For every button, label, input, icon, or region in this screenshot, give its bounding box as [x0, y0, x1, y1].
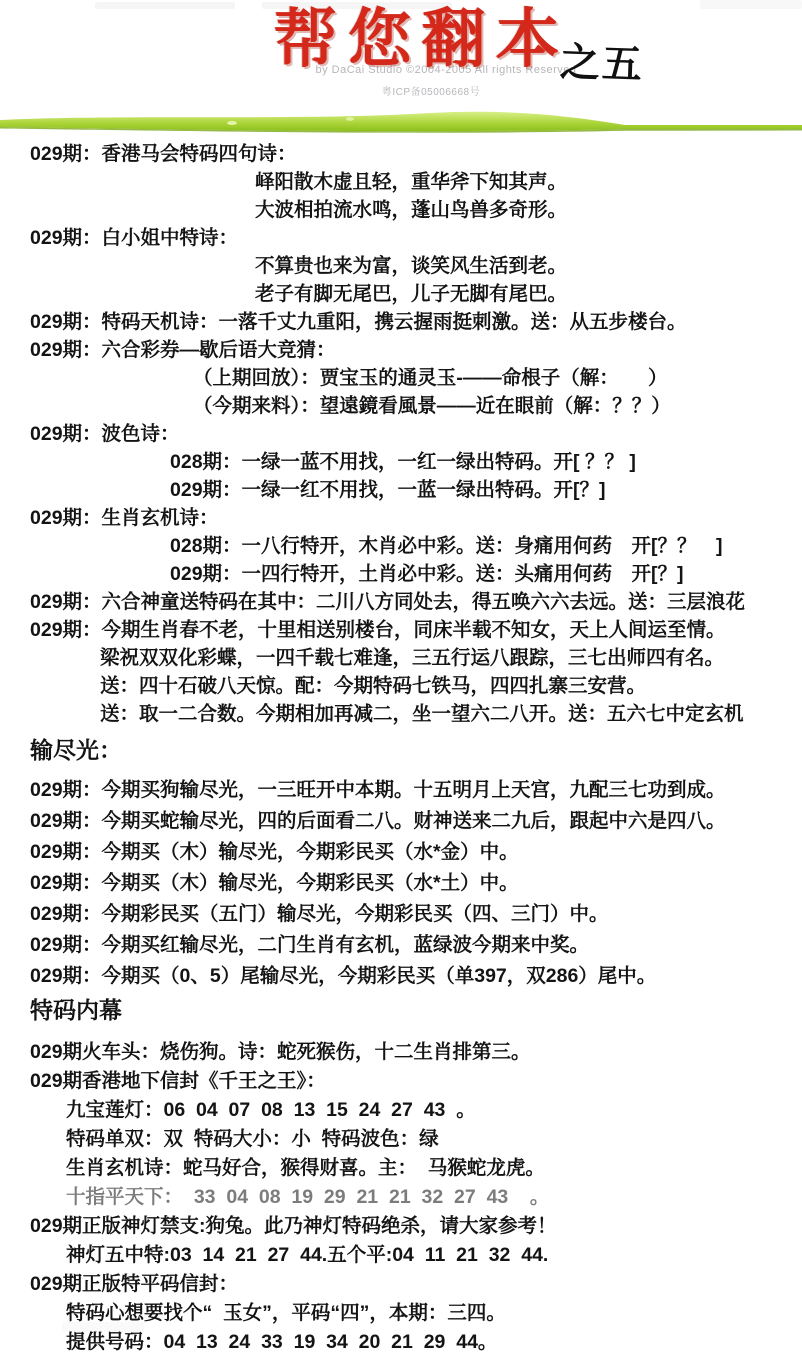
- text-line: 029期：香港马会特码四句诗：: [30, 144, 794, 165]
- body-content: 029期：香港马会特码四句诗：峄阳散木虚且轻，重华斧下知其声。大波相拍流水鸣，蓬…: [0, 138, 802, 1352]
- text-line: 029期：波色诗：: [30, 424, 794, 445]
- text-line: 大波相拍流水鸣，蓬山鸟兽多奇形。: [30, 200, 794, 221]
- green-swoosh-divider: [0, 110, 802, 138]
- text-line: 029期：今期买（0、5）尾输尽光，今期彩民买（单397，双286）尾中。: [30, 966, 794, 987]
- text-line: 029期：六合彩券—歇后语大竞猜：: [30, 340, 794, 361]
- text-line: 老子有脚无尾巴，儿子无脚有尾巴。: [30, 284, 794, 305]
- text-line: 九宝莲灯：06 04 07 08 13 15 24 27 43 。: [30, 1100, 794, 1121]
- text-line: 029期：今期买红输尽光，二门生肖有玄机，蓝绿波今期来中奖。: [30, 935, 794, 956]
- text-line: 029期：特码天机诗：一落千丈九重阳，携云握雨挺刺激。送：从五步楼台。: [30, 312, 794, 333]
- text-line: 028期：一八行特开，木肖必中彩。送：身痛用何药 开[？？ ]: [30, 536, 794, 557]
- text-line: 029期正版神灯禁支:狗兔。此乃神灯特码绝杀，请大家参考！: [30, 1216, 794, 1237]
- page-title: 帮您翻本之五: [0, 8, 802, 73]
- text-line: 十指平天下： 33 04 08 19 29 21 21 32 27 43 。: [30, 1187, 794, 1208]
- masthead: by DaCai Studio ©2004-2005 All rights Re…: [0, 0, 802, 112]
- text-line: 029期香港地下信封《千王之王》：: [30, 1071, 794, 1092]
- page-title-main: 帮您翻本: [274, 2, 570, 77]
- section-header: 输尽光：: [30, 739, 794, 762]
- section: 特码内幕029期火车头：烧伤狗。诗：蛇死猴伤，十二生肖排第三。029期香港地下信…: [30, 999, 794, 1352]
- scan-smudge: [62, 1322, 144, 1332]
- text-line: 028期：一绿一蓝不用找，一红一绿出特码。开[ ？？ ]: [30, 452, 794, 473]
- text-line: 峄阳散木虚且轻，重华斧下知其声。: [30, 172, 794, 193]
- page-title-suffix: 之五: [559, 31, 645, 91]
- text-line: 不算贵也来为富，谈笑风生活到老。: [30, 256, 794, 277]
- text-line: 神灯五中特:03 14 21 27 44.五个平:04 11 21 32 44.: [30, 1245, 794, 1266]
- text-line: （上期回放）：贾宝玉的通灵玉-——命根子（解： ）: [30, 368, 794, 389]
- text-line: 029期火车头：烧伤狗。诗：蛇死猴伤，十二生肖排第三。: [30, 1042, 794, 1063]
- section: 029期：香港马会特码四句诗：峄阳散木虚且轻，重华斧下知其声。大波相拍流水鸣，蓬…: [30, 144, 794, 725]
- text-line: 029期：今期买蛇输尽光，四的后面看二八。财神送来二九后，跟起中六是四八。: [30, 811, 794, 832]
- text-line: 029期正版特平码信封：: [30, 1274, 794, 1295]
- text-line: 029期：今期彩民买（五门）输尽光，今期彩民买（四、三门）中。: [30, 904, 794, 925]
- text-line: 特码单双：双 特码大小：小 特码波色：绿: [30, 1129, 794, 1150]
- text-line: 029期：今期生肖春不老，十里相送别楼台，同床半载不知女，天上人间运至情。: [30, 620, 794, 641]
- text-line: 029期：今期买（木）输尽光，今期彩民买（水*金）中。: [30, 842, 794, 863]
- text-line: 特码心想要找个“ 玉女”，平码“四”，本期：三四。: [30, 1303, 794, 1324]
- text-line: 梁祝双双化彩蝶，一四千载七难逢，三五行运八跟踪，三七出师四有名。: [30, 648, 794, 669]
- text-line: 提供号码：04 13 24 33 19 34 20 21 29 44。: [30, 1332, 794, 1352]
- text-line: 029期：生肖玄机诗：: [30, 508, 794, 529]
- text-line: 029期：今期买狗输尽光，一三旺开中本期。十五明月上天宫，九配三七功到成。: [30, 780, 794, 801]
- green-swoosh-icon: [0, 110, 802, 138]
- text-line: 029期：一绿一红不用找，一蓝一绿出特码。开[？]: [30, 480, 794, 501]
- text-line: 生肖玄机诗：蛇马好合，猴得财喜。主： 马猴蛇龙虎。: [30, 1158, 794, 1179]
- section-header: 特码内幕: [30, 999, 794, 1022]
- text-line: （今期来料）：望遠鏡看風景——近在眼前（解：？？）: [30, 396, 794, 417]
- text-line: 029期：今期买（木）输尽光，今期彩民买（水*土）中。: [30, 873, 794, 894]
- section: 输尽光：029期：今期买狗输尽光，一三旺开中本期。十五明月上天宫，九配三七功到成…: [30, 739, 794, 987]
- text-line: 029期：一四行特开，土肖必中彩。送：头痛用何药 开[？]: [30, 564, 794, 585]
- text-line: 送：取一二合数。今期相加再减二，坐一望六二八开。送：五六七中定玄机: [30, 704, 794, 725]
- text-line: 029期：白小姐中特诗：: [30, 228, 794, 249]
- text-line: 029期：六合神童送特码在其中：二川八方同处去，得五唤六六去远。送：三层浪花: [30, 592, 794, 613]
- watermark-icp: 粤ICP备05006668号: [0, 83, 802, 98]
- text-line: 送：四十石破八天惊。配：今期特码七铁马，四四扎寨三安营。: [30, 676, 794, 697]
